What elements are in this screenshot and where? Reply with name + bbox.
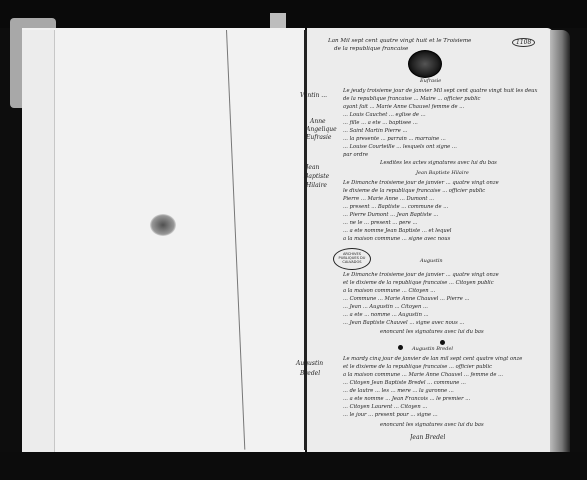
entry-line: de la republique francaise ... Maire ...… [343, 96, 548, 103]
entry-line: ... Commune ... Marie Anne Chauvel ... P… [343, 296, 548, 303]
entry-line: Le Dimanche troisieme jour de janvier ..… [343, 180, 548, 187]
page-edge-stack [550, 30, 570, 460]
entry-closing: enoncant les signatures avec lui du bas [380, 329, 540, 336]
entry-line: par ordre [343, 152, 548, 159]
entry-line: ... fille ... a ete ... baptisee ... [343, 120, 548, 127]
entry-heading: Eufrasie [420, 78, 441, 84]
margin-note: Eufrasie [306, 134, 331, 141]
entry-line: ... present ... Baptiste ... commune de … [343, 204, 548, 211]
entry-line: Le Dimanche troisieme jour de janvier ..… [343, 272, 548, 279]
entry-line: Pierre ... Marie Anne ... Dumont ... [343, 196, 548, 203]
entry-line: a la maison commune ... Citoyen ... [343, 288, 548, 295]
wax-seal-icon [408, 50, 442, 78]
entry-line: et le dixieme de la republique francaise… [343, 364, 548, 371]
entry-closing: enoncant les signatures avec lui du bas [380, 422, 540, 429]
entry-line: ... de lautre ... les ... mere ... la ga… [343, 388, 548, 395]
entry-line: ... Louise Courteille ... lesquels ont s… [343, 144, 548, 151]
ink-stain [150, 214, 176, 236]
entry-heading: Augustin Bredel [412, 346, 453, 352]
entry-line: le dixieme de la republique francaise ..… [343, 188, 548, 195]
entry-line: Le mardy cinq jour de janvier de lan mil… [343, 356, 548, 363]
margin-note: Ventin ... [300, 92, 327, 99]
ink-dot [440, 340, 445, 345]
register-header-line2: de la republique francaise [334, 46, 408, 53]
top-dark-band [0, 0, 587, 28]
entry-line: ... Louis Cauchet ... eglise de ... [343, 112, 548, 119]
entry-line: ... le jour ... present pour ... signe .… [343, 412, 548, 419]
entry-line: ... Citoyen Jean Baptiste Bredel ... com… [343, 380, 548, 387]
entry-closing: Lesdites les actes signatures avec lui d… [380, 160, 540, 167]
entry-line: ... a ete ... nomme ... Augustin ... [343, 312, 548, 319]
entry-line: ... la presente ... parrain ... marraine… [343, 136, 548, 143]
signature: Jean Bredel [410, 434, 445, 441]
ink-dot [398, 345, 403, 350]
margin-note: Jean [306, 164, 319, 171]
margin-note: Baptiste [304, 173, 329, 180]
margin-note: Angelique [306, 126, 337, 133]
margin-note: Anne [310, 118, 326, 125]
entry-line: ... Jean Baptiste Chauvel ... signe avec… [343, 320, 548, 327]
archives-stamp: ARCHIVES PUBLIQUES DU CALVADOS [333, 248, 371, 270]
bottom-dark-band [0, 452, 587, 480]
margin-note: Bredel [300, 370, 320, 377]
entry-line: ... Pierre Dumont ... Jean Baptiste ... [343, 212, 548, 219]
left-page-margin-strip [22, 30, 55, 454]
entry-line: ... a ete nomme ... Jean Francois ... le… [343, 396, 548, 403]
entry-heading: Jean Baptiste Hilaire [416, 170, 469, 176]
entry-line: ... Jean ... Augustin ... Citoyen ... [343, 304, 548, 311]
entry-line: ayant fait ... Marie Anne Chauvel femme … [343, 104, 548, 111]
entry-line: ... a ete nomme Jean Baptiste ... et leq… [343, 228, 548, 235]
entry-line: a la maison commune ... Marie Anne Chauv… [343, 372, 548, 379]
entry-line: ... Saint Martin Pierre ... [343, 128, 548, 135]
register-header-line1: Lan Mil sept cent quatre vingt huit et l… [328, 38, 471, 45]
entry-line: Le jeudy troisieme jour de janvier Mil s… [343, 88, 548, 95]
left-page-blank [22, 28, 305, 454]
entry-heading: Augustin [420, 258, 443, 264]
entry-line: ... Citoyen Laurent ... Citoyen ... [343, 404, 548, 411]
margin-note: Hilaire [306, 182, 327, 189]
entry-line: ... ne le ... present ... pere ... [343, 220, 548, 227]
margin-note: Augustin [296, 360, 323, 367]
entry-line: et le dixieme de la republique francaise… [343, 280, 548, 287]
entry-line: a la maison commune ... signe avec nous [343, 236, 548, 243]
